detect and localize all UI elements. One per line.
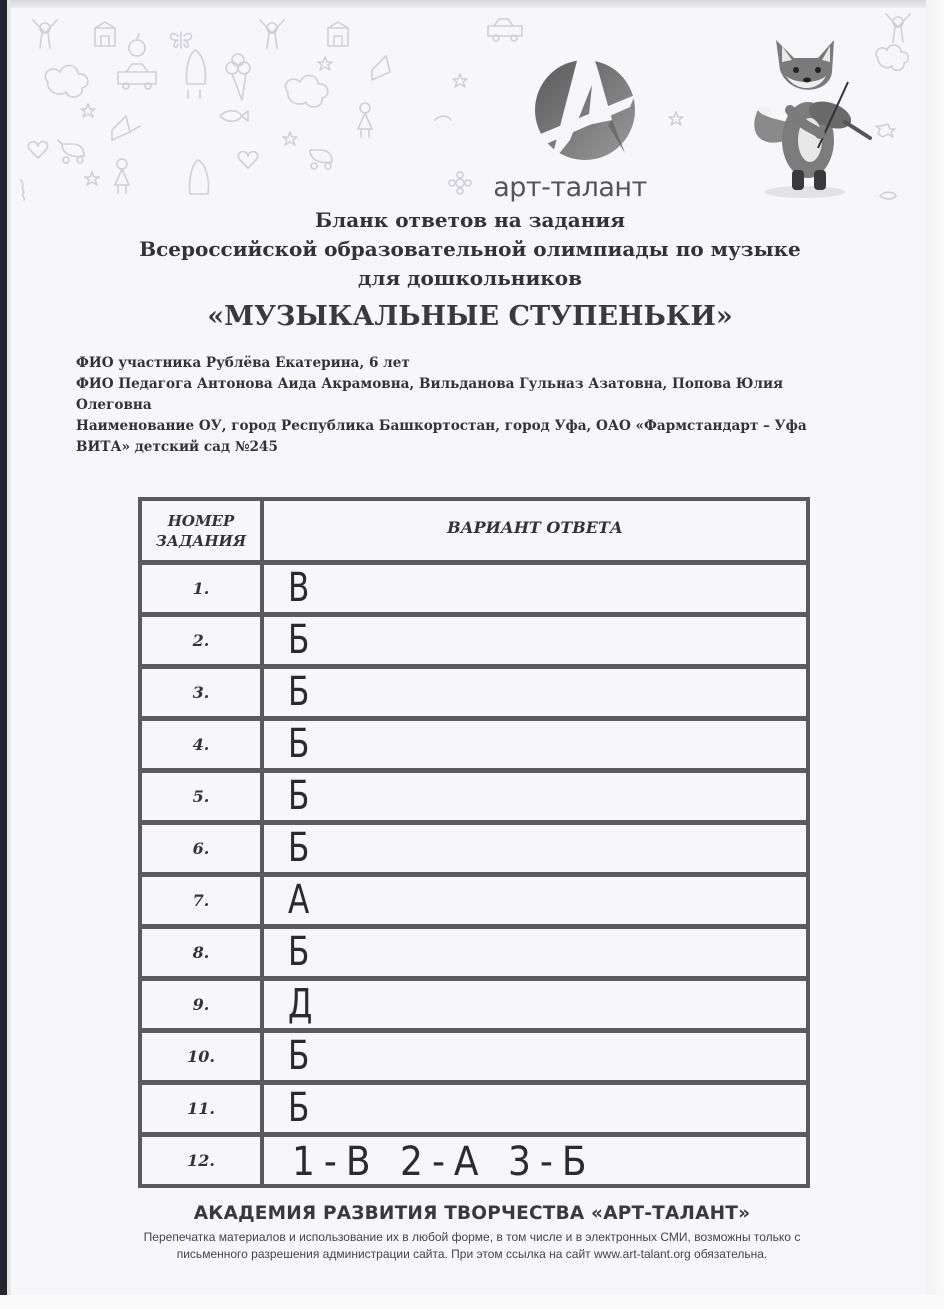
handwritten-answer: Д: [288, 979, 317, 1029]
task-number: 11.: [142, 1085, 264, 1137]
task-number: 2.: [142, 617, 264, 669]
task-number: 12.: [142, 1137, 264, 1184]
answer-cell: Б: [264, 929, 806, 981]
title-block: Бланк ответов на задания Всероссийской о…: [100, 206, 840, 337]
table-row: 12.1-В 2-А 3-Б: [142, 1137, 806, 1184]
handwritten-answer: Б: [288, 823, 314, 873]
handwritten-answer: Б: [288, 667, 314, 717]
table-row: 4.Б: [142, 721, 806, 773]
task-number: 1.: [142, 565, 264, 617]
column-header-answer: ВАРИАНТ ОТВЕТА: [264, 501, 806, 565]
handwritten-answer: Б: [288, 615, 314, 665]
answer-cell: Б: [264, 669, 806, 721]
task-number: 5.: [142, 773, 264, 825]
scan-edge-left: [0, 0, 7, 1295]
task-number: 7.: [142, 877, 264, 929]
table-row: 7.А: [142, 877, 806, 929]
answer-cell: В: [264, 565, 806, 617]
footer-copyright-note: Перепечатка материалов и использование и…: [110, 1229, 834, 1263]
table-header-row: НОМЕР ЗАДАНИЯ ВАРИАНТ ОТВЕТА: [142, 501, 806, 565]
table-row: 10.Б: [142, 1033, 806, 1085]
school-name: Наименование ОУ, город Республика Башкор…: [76, 416, 816, 437]
answer-cell: Б: [264, 825, 806, 877]
task-number: 10.: [142, 1033, 264, 1085]
olympiad-name: «МУЗЫКАЛЬНЫЕ СТУПЕНЬКИ»: [100, 297, 840, 337]
teacher-names-cont: Олеговна: [76, 395, 816, 416]
table-row: 1.В: [142, 565, 806, 617]
table-row: 6.Б: [142, 825, 806, 877]
sheet-title: Бланк ответов на задания: [100, 206, 840, 235]
answer-cell: А: [264, 877, 806, 929]
answer-cell: Б: [264, 721, 806, 773]
answers-table: НОМЕР ЗАДАНИЯ ВАРИАНТ ОТВЕТА 1.В2.Б3.Б4.…: [138, 497, 810, 1188]
handwritten-answer: Б: [288, 771, 314, 821]
answer-cell: Б: [264, 617, 806, 669]
task-number: 4.: [142, 721, 264, 773]
footer-academy-title: АКАДЕМИЯ РАЗВИТИЯ ТВОРЧЕСТВА «АРТ-ТАЛАНТ…: [100, 1203, 844, 1224]
answer-cell: Б: [264, 1033, 806, 1085]
handwritten-answer: В: [288, 563, 314, 613]
fox-violin-mascot-icon: [730, 30, 880, 200]
scan-edge-bottom: [0, 1295, 944, 1309]
task-number: 6.: [142, 825, 264, 877]
logo-text: арт-талант: [470, 172, 670, 203]
table-row: 3.Б: [142, 669, 806, 721]
table-row: 9.Д: [142, 981, 806, 1033]
art-talant-logo-icon: [530, 25, 640, 175]
task-number: 8.: [142, 929, 264, 981]
handwritten-answer: А: [288, 875, 314, 925]
answer-cell: Б: [264, 1085, 806, 1137]
handwritten-answer: Б: [288, 1083, 314, 1133]
task-number: 9.: [142, 981, 264, 1033]
handwritten-answer: 1-В 2-А 3-Б: [292, 1137, 596, 1187]
handwritten-answer: Б: [288, 719, 314, 769]
participant-name: ФИО участника Рублёва Екатерина, 6 лет: [76, 353, 816, 374]
teacher-names: ФИО Педагога Антонова Аида Акрамовна, Ви…: [76, 374, 816, 395]
participant-info: ФИО участника Рублёва Екатерина, 6 лет Ф…: [76, 353, 816, 458]
answer-cell: 1-В 2-А 3-Б: [264, 1137, 806, 1184]
task-number: 3.: [142, 669, 264, 721]
olympiad-title: Всероссийской образовательной олимпиады …: [100, 235, 840, 264]
column-header-task-number: НОМЕР ЗАДАНИЯ: [142, 501, 264, 565]
scan-edge-right: [926, 0, 944, 1309]
handwritten-answer: Б: [288, 927, 314, 977]
school-name-cont: ВИТА» детский сад №245: [76, 437, 816, 458]
table-row: 11.Б: [142, 1085, 806, 1137]
scan-edge-top: [0, 0, 944, 8]
handwritten-answer: Б: [288, 1031, 314, 1081]
answer-cell: Б: [264, 773, 806, 825]
answer-cell: Д: [264, 981, 806, 1033]
scan-edge-left-light: [7, 0, 11, 1295]
table-row: 5.Б: [142, 773, 806, 825]
olympiad-audience: для дошкольников: [100, 264, 840, 293]
table-row: 8.Б: [142, 929, 806, 981]
table-row: 2.Б: [142, 617, 806, 669]
